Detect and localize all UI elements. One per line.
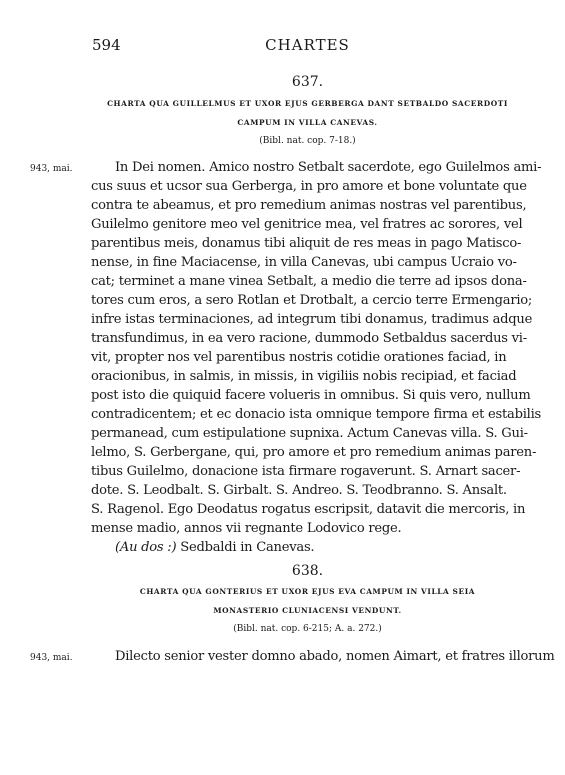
body-line: post isto die quiquid facere volueris in… [91, 386, 497, 405]
body-line: contra te abeamus, et pro remedium anima… [91, 196, 497, 215]
body-line: parentibus meis, donamus tibi aliquit de… [91, 234, 497, 253]
charter-title: CHARTA QUA GONTERIUS ET UXOR EJUS EVA CA… [0, 582, 565, 620]
charter-title: CHARTA QUA GUILLELMUS ET UXOR EJUS GERBE… [0, 94, 565, 132]
charter-body: In Dei nomen. Amico nostro Setbalt sacer… [91, 158, 497, 557]
body-line: infre istas terminaciones, ad integrum t… [91, 310, 497, 329]
endorsement-label: (Au dos :) [115, 540, 176, 555]
body-line: dote. S. Leodbalt. S. Girbalt. S. Andreo… [91, 481, 497, 500]
body-line: In Dei nomen. Amico nostro Setbalt sacer… [91, 158, 497, 177]
margin-date: 943, mai. [30, 164, 73, 174]
running-title: CHARTES [0, 36, 565, 54]
body-line: Guilelmo genitore meo vel genitrice mea,… [91, 215, 497, 234]
body-line: cus suus et ucsor sua Gerberga, in pro a… [91, 177, 497, 196]
charter-number: 638. [0, 563, 565, 579]
body-line: oracionibus, in salmis, in missis, in vi… [91, 367, 497, 386]
body-line: cat; terminet a mane vinea Setbalt, a me… [91, 272, 497, 291]
charter-number: 637. [0, 74, 565, 90]
charter-source: (Bibl. nat. cop. 6-215; A. a. 272.) [0, 624, 565, 634]
body-line: transfundimus, in ea vero racione, dummo… [91, 329, 497, 348]
body-line: nense, in fine Maciacense, in villa Cane… [91, 253, 497, 272]
charter-title-line: CHARTA QUA GUILLELMUS ET UXOR EJUS GERBE… [50, 94, 565, 113]
body-line: S. Ragenol. Ego Deodatus rogatus escrips… [91, 500, 497, 519]
body-line: tibus Guilelmo, donacione ista firmare r… [91, 462, 497, 481]
endorsement-text: Sedbaldi in Canevas. [176, 540, 314, 555]
body-line: vit, propter nos vel parentibus nostris … [91, 348, 497, 367]
body-line: permanead, cum estipulatione supnixa. Ac… [91, 424, 497, 443]
margin-date: 943, mai. [30, 653, 73, 663]
charter-source: (Bibl. nat. cop. 7-18.) [0, 136, 565, 146]
body-line: lelmo, S. Gerbergane, qui, pro amore et … [91, 443, 497, 462]
charter-body: Dilecto senior vester domno abado, nomen… [91, 647, 497, 666]
body-line: Dilecto senior vester domno abado, nomen… [91, 647, 497, 666]
charter-title-line: MONASTERIO CLUNIACENSI VENDUNT. [50, 601, 565, 620]
charter-title-line: CHARTA QUA GONTERIUS ET UXOR EJUS EVA CA… [50, 582, 565, 601]
endorsement: (Au dos :) Sedbaldi in Canevas. [91, 538, 497, 557]
charter-title-line: CAMPUM IN VILLA CANEVAS. [50, 113, 565, 132]
body-line: contradicentem; et ec donacio ista omniq… [91, 405, 497, 424]
body-line: tores cum eros, a sero Rotlan et Drotbal… [91, 291, 497, 310]
body-line: mense madio, annos vii regnante Lodovico… [91, 519, 497, 538]
